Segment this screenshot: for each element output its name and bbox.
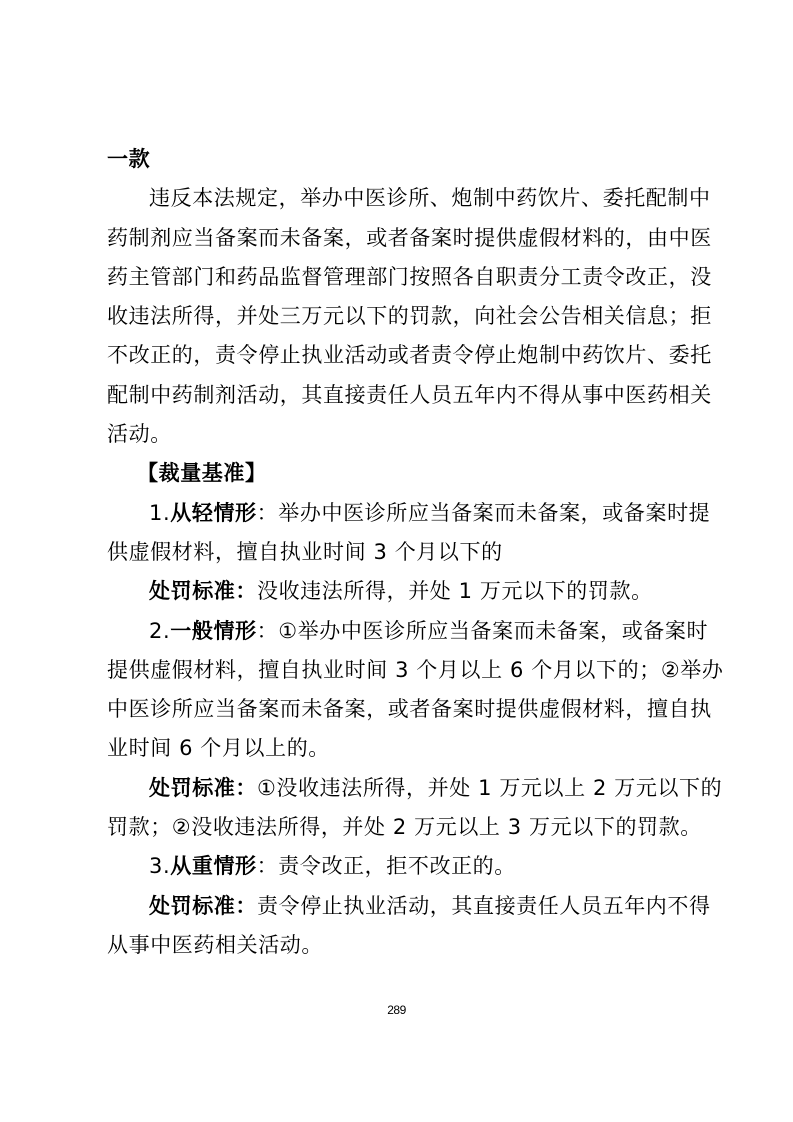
light-case-line: 1.从轻情形：举办中医诊所应当备案而未备案，或备案时提 [107, 494, 695, 533]
general-case: 2.一般情形：①举办中医诊所应当备案而未备案，或备案时 提供虚假材料，擅自执业时… [107, 612, 695, 848]
case-label: 一般情形 [170, 619, 256, 643]
general-case-line: 提供虚假材料，擅自执业时间 3 个月以上 6 个月以下的；②举办 [107, 651, 695, 690]
case-text: ①举办中医诊所应当备案而未备案，或备案时 [278, 619, 708, 643]
article-line: 药主管部门和药品监督管理部门按照各自职责分工责令改正，没 [107, 258, 695, 297]
case-text: 责令改正，拒不改正的。 [278, 854, 516, 878]
penalty-text: 没收违法所得，并处 1 万元以下的罚款。 [257, 579, 653, 603]
case-number: 2. [149, 619, 170, 643]
separator: ： [257, 619, 279, 643]
article-line: 配制中药制剂活动，其直接责任人员五年内不得从事中医药相关 [107, 376, 695, 415]
article-line: 活动。 [107, 415, 695, 454]
case-text: 举办中医诊所应当备案而未备案，或备案时提 [278, 501, 710, 525]
penalty-label: 处罚标准： [149, 579, 257, 603]
light-case-line: 供虚假材料，擅自执业时间 3 个月以下的 [107, 533, 695, 572]
general-case-line: 中医诊所应当备案而未备案，或者备案时提供虚假材料，擅自执 [107, 690, 695, 729]
case-number: 1. [149, 501, 170, 525]
page-number: 289 [0, 1003, 793, 1017]
separator: ： [257, 501, 279, 525]
article-line: 药制剂应当备案而未备案，或者备案时提供虚假材料的，由中医 [107, 219, 695, 258]
case-label: 从轻情形 [170, 501, 256, 525]
separator: ： [257, 854, 279, 878]
general-case-line: 业时间 6 个月以上的。 [107, 729, 695, 768]
case-number: 3. [149, 854, 170, 878]
light-case: 1.从轻情形：举办中医诊所应当备案而未备案，或备案时提 供虚假材料，擅自执业时间… [107, 494, 695, 612]
section-heading-tail: 一款 [107, 140, 695, 179]
general-penalty-line: 罚款；②没收违法所得，并处 2 万元以上 3 万元以下的罚款。 [107, 808, 695, 847]
document-page: 一款 违反本法规定，举办中医诊所、炮制中药饮片、委托配制中 药制剂应当备案而未备… [107, 140, 695, 965]
case-label: 从重情形 [170, 854, 256, 878]
general-penalty: 处罚标准：①没收违法所得，并处 1 万元以上 2 万元以下的 [107, 769, 695, 808]
penalty-text: 责令停止执业活动，其直接责任人员五年内不得 [257, 894, 711, 918]
article-line: 违反本法规定，举办中医诊所、炮制中药饮片、委托配制中 [107, 179, 695, 218]
heavy-case: 3.从重情形：责令改正，拒不改正的。 处罚标准：责令停止执业活动，其直接责任人员… [107, 847, 695, 965]
criteria-title: 【裁量基准】 [107, 454, 695, 493]
article-line: 收违法所得，并处三万元以下的罚款，向社会公告相关信息；拒 [107, 297, 695, 336]
light-penalty: 处罚标准：没收违法所得，并处 1 万元以下的罚款。 [107, 572, 695, 611]
article-text: 违反本法规定，举办中医诊所、炮制中药饮片、委托配制中 药制剂应当备案而未备案，或… [107, 179, 695, 454]
heavy-penalty: 处罚标准：责令停止执业活动，其直接责任人员五年内不得 [107, 887, 695, 926]
heavy-penalty-line: 从事中医药相关活动。 [107, 926, 695, 965]
article-line: 不改正的，责令停止执业活动或者责令停止炮制中药饮片、委托 [107, 336, 695, 375]
penalty-label: 处罚标准： [149, 894, 257, 918]
penalty-label: 处罚标准： [149, 776, 257, 800]
penalty-text: ①没收违法所得，并处 1 万元以上 2 万元以下的 [257, 776, 722, 800]
general-case-line: 2.一般情形：①举办中医诊所应当备案而未备案，或备案时 [107, 612, 695, 651]
heavy-case-line: 3.从重情形：责令改正，拒不改正的。 [107, 847, 695, 886]
